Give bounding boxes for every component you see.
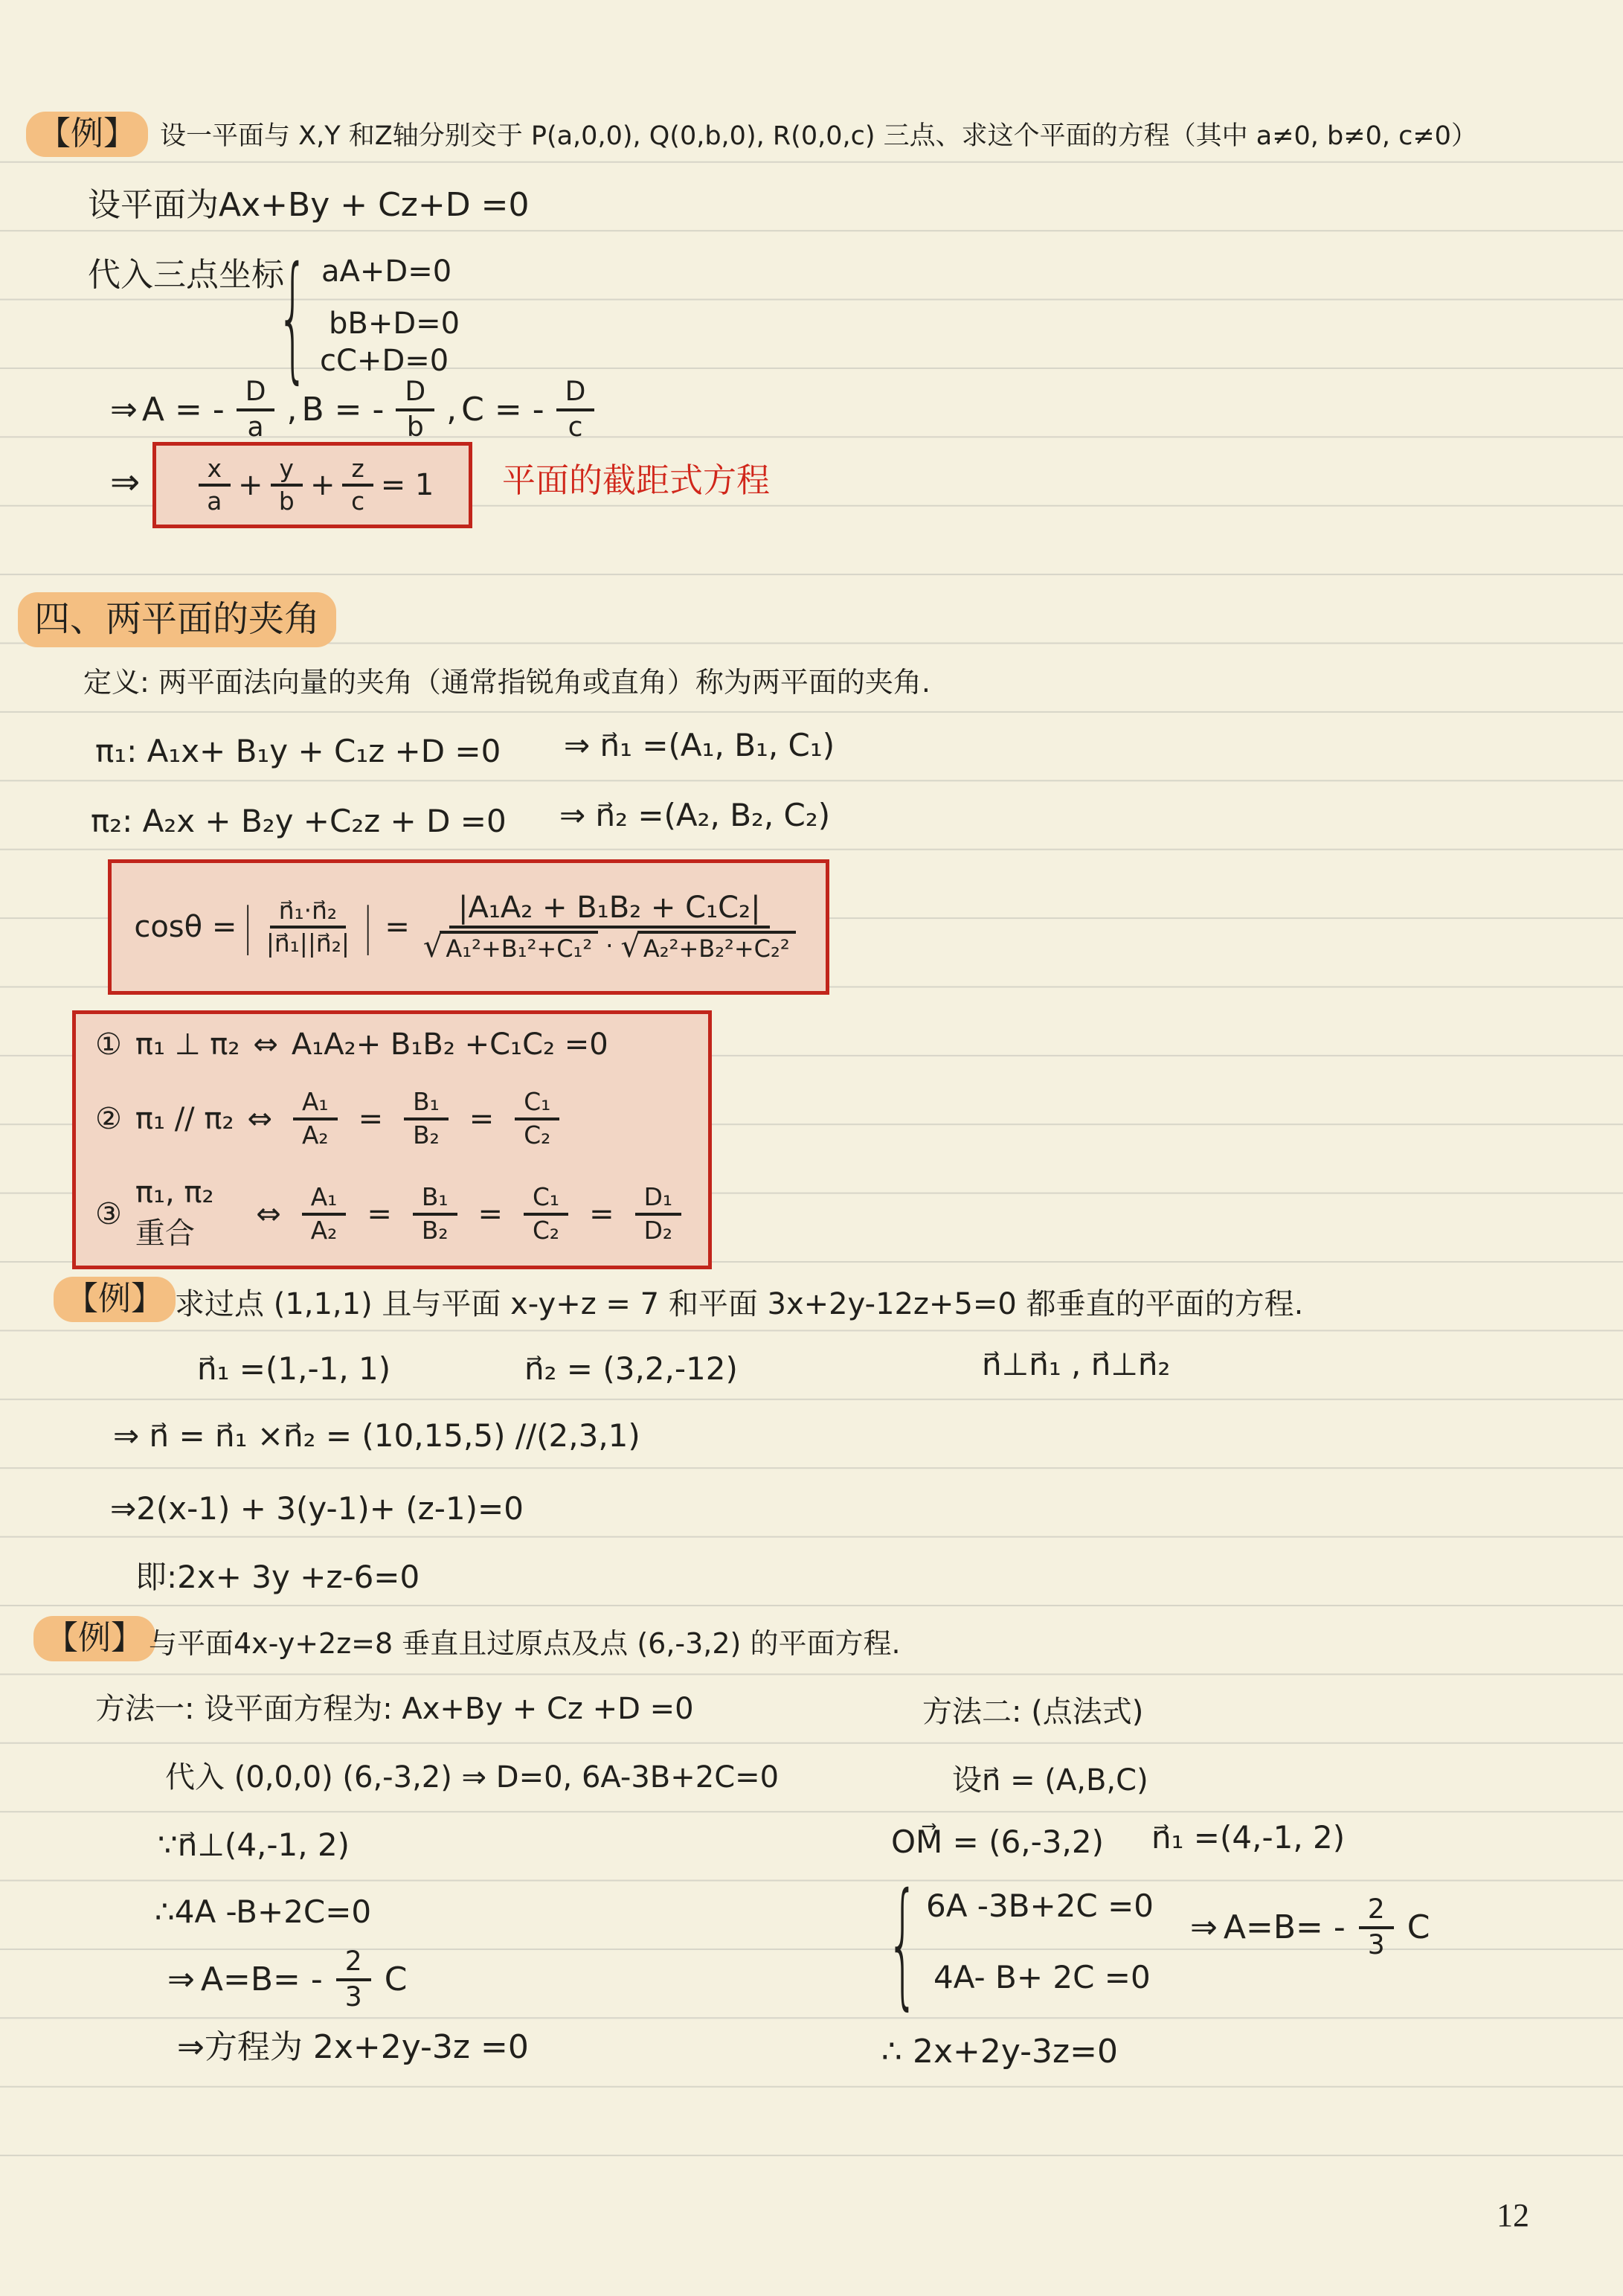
fraction-D-c: Dc xyxy=(556,378,595,442)
example1-eq1: aA+D=0 xyxy=(321,253,451,290)
example3-problem: 与平面4x-y+2z=8 垂直且过原点及点 (6,-3,2) 的平面方程. xyxy=(149,1626,901,1662)
plane1-equation: π₁: A₁x+ B₁y + C₁z +D =0 xyxy=(95,732,501,772)
sol-rhs: C xyxy=(1407,1908,1430,1946)
condition-coincident: ③ π₁, π₂ 重合 ⇔ A₁A₂ = B₁B₂ = C₁C₂ = D₁D₂ xyxy=(95,1176,689,1252)
fraction-A1-A2: A₁A₂ xyxy=(302,1184,347,1243)
equals: = xyxy=(589,1197,614,1231)
fraction-z-c: zc xyxy=(342,456,373,515)
intercept-equation-box: xa + yb + zc = 1 xyxy=(152,442,472,528)
plane1-normal: ⇒ n⃗₁ =(A₁, B₁, C₁) xyxy=(564,726,835,766)
relation: π₁ ⊥ π₂ xyxy=(135,1027,240,1062)
fraction-x-a: xa xyxy=(199,456,231,515)
example2-n1: n⃗₁ =(1,-1, 1) xyxy=(197,1350,391,1389)
sol-b-lhs: B = - xyxy=(301,391,384,429)
example2-n2: n⃗₂ = (3,2,-12) xyxy=(524,1350,738,1389)
method2-setup: 设n⃗ = (A,B,C) xyxy=(952,1762,1148,1799)
cos-big-fraction: |A₁A₂ + B₁B₂ + C₁C₂| √A₁²+B₁²+C₁² · √A₂²… xyxy=(423,892,796,962)
example1-tag: 【例】 xyxy=(26,112,148,157)
fraction-2-3: 23 xyxy=(336,1948,371,2012)
section4-definition: 定义: 两平面法向量的夹角（通常指锐角或直角）称为两平面的夹角. xyxy=(83,665,931,701)
sol-c-lhs: C = - xyxy=(461,391,544,429)
method2-n1-vector: n⃗₁ =(4,-1, 2) xyxy=(1151,1818,1345,1858)
system-brace: { xyxy=(277,251,309,388)
comma: , xyxy=(446,391,457,429)
fraction-D1-D2: D₁D₂ xyxy=(635,1184,681,1243)
intercept-form-annotation: 平面的截距式方程 xyxy=(502,460,770,501)
implies-arrow: ⇒ xyxy=(1190,1908,1218,1946)
bottom-margin xyxy=(0,2158,1623,2296)
iff-arrow: ⇔ xyxy=(247,1102,272,1136)
fraction-A1-A2: A₁A₂ xyxy=(293,1089,338,1148)
plane2-equation: π₂: A₂x + B₂y +C₂z + D =0 xyxy=(91,802,507,841)
method1-perpendicular: ∵n⃗⊥(4,-1, 2) xyxy=(158,1826,350,1865)
example2-problem: 求过点 (1,1,1) 且与平面 x-y+z = 7 和平面 3x+2y-12z… xyxy=(175,1286,1303,1323)
method2-system-eq2: 4A- B+ 2C =0 xyxy=(933,1958,1151,1998)
sqrt-term-2: √A₂²+B₂²+C₂² xyxy=(620,931,795,962)
page-number: 12 xyxy=(1497,2196,1529,2234)
cos-denominator: √A₁²+B₁²+C₁² · √A₂²+B₂²+C₂² xyxy=(423,929,796,962)
comma: , xyxy=(286,391,297,429)
sol-a-lhs: A = - xyxy=(142,391,225,429)
cos-lhs: cosθ = xyxy=(134,910,237,944)
sol-rhs: C xyxy=(385,1960,408,1998)
method1-result: ⇒方程为 2x+2y-3z =0 xyxy=(177,2027,529,2068)
example1-assume: 设平面为Ax+By + Cz+D =0 xyxy=(88,185,529,225)
fraction-C1-C2: C₁C₂ xyxy=(515,1089,559,1148)
equals: = xyxy=(478,1197,504,1231)
example2-expanded: ⇒2(x-1) + 3(y-1)+ (z-1)=0 xyxy=(110,1489,524,1529)
method2-result: ∴ 2x+2y-3z=0 xyxy=(881,2031,1118,2072)
implies-arrow: ⇒ xyxy=(167,1960,195,1998)
fraction-C1-C2: C₁C₂ xyxy=(524,1184,568,1243)
plane-relations-box: ① π₁ ⊥ π₂ ⇔ A₁A₂+ B₁B₂ +C₁C₂ =0 ② π₁ // … xyxy=(72,1010,712,1269)
fraction-B1-B2: B₁B₂ xyxy=(404,1089,449,1148)
example2-result: 即:2x+ 3y +z-6=0 xyxy=(135,1558,420,1597)
abs-bar: | xyxy=(363,898,373,956)
fraction-D-a: Da xyxy=(237,378,275,442)
example1-substitute-label: 代入三点坐标 xyxy=(88,254,284,295)
system-brace: { xyxy=(887,1878,919,2015)
normal-dot-fraction: n⃗₁·n⃗₂|n⃗₁||n⃗₂| xyxy=(266,898,350,957)
plane2-normal: ⇒ n⃗₂ =(A₂, B₂, C₂) xyxy=(559,796,830,836)
section4-title: 四、两平面的夹角 xyxy=(18,592,336,647)
abs-bar: | xyxy=(242,898,252,956)
sqrt-term-1: √A₁²+B₁²+C₁² xyxy=(423,931,598,962)
equals: = xyxy=(385,910,410,944)
example2-tag: 【例】 xyxy=(54,1277,176,1322)
equals: = xyxy=(359,1102,384,1136)
example1-eq2: bB+D=0 xyxy=(329,305,460,342)
plus: + xyxy=(238,468,263,502)
example1-solution-row: ⇒ A = - Da , B = - Db , C = - Dc xyxy=(110,378,602,442)
method2-header: 方法二: (点法式) xyxy=(922,1693,1143,1731)
iff-arrow: ⇔ xyxy=(256,1197,281,1231)
method2-solution: ⇒ A=B= - 23 C xyxy=(1190,1896,1430,1960)
relation: π₁, π₂ 重合 xyxy=(135,1176,242,1252)
notebook-page: 【例】 设一平面与 X,Y 和Z轴分别交于 P(a,0,0), Q(0,b,0)… xyxy=(0,0,1623,2296)
implies-arrow: ⇒ xyxy=(110,391,138,429)
cos-numerator: |A₁A₂ + B₁B₂ + C₁C₂| xyxy=(449,892,770,929)
sol-lhs: A=B= - xyxy=(1224,1908,1346,1946)
example2-perpendicular: n⃗⊥n⃗₁ , n⃗⊥n⃗₂ xyxy=(982,1345,1170,1385)
fraction-D-b: Db xyxy=(396,378,434,442)
method1-solution: ⇒ A=B= - 23 C xyxy=(167,1948,407,2012)
method1-header: 方法一: 设平面方程为: Ax+By + Cz +D =0 xyxy=(95,1690,694,1728)
implies-arrow: ⇒ xyxy=(110,460,140,504)
method2-system-eq1: 6A -3B+2C =0 xyxy=(926,1887,1154,1926)
equals: = xyxy=(367,1197,392,1231)
equals-one: = 1 xyxy=(381,468,434,502)
equals: = xyxy=(469,1102,495,1136)
method2-OM-vector: OM⃗ = (6,-3,2) xyxy=(891,1823,1104,1862)
condition-rhs: A₁A₂+ B₁B₂ +C₁C₂ =0 xyxy=(292,1027,608,1062)
item-number: ③ xyxy=(95,1197,122,1231)
relation: π₁ // π₂ xyxy=(135,1102,234,1136)
fraction-B1-B2: B₁B₂ xyxy=(413,1184,457,1243)
fraction-2-3: 23 xyxy=(1359,1896,1394,1960)
condition-parallel: ② π₁ // π₂ ⇔ A₁A₂ = B₁B₂ = C₁C₂ xyxy=(95,1089,567,1148)
method1-equation: ∴4A -B+2C=0 xyxy=(155,1893,371,1932)
sol-lhs: A=B= - xyxy=(201,1960,323,1998)
item-number: ① xyxy=(95,1027,122,1062)
item-number: ② xyxy=(95,1102,122,1136)
dot-operator: · xyxy=(605,934,613,959)
example2-cross-product: ⇒ n⃗ = n⃗₁ ×n⃗₂ = (10,15,5) //(2,3,1) xyxy=(113,1417,640,1456)
cos-angle-formula-box: cosθ = | n⃗₁·n⃗₂|n⃗₁||n⃗₂| | = |A₁A₂ + B… xyxy=(108,859,829,995)
method1-substitution: 代入 (0,0,0) (6,-3,2) ⇒ D=0, 6A-3B+2C=0 xyxy=(165,1759,779,1796)
example1-eq3: cC+D=0 xyxy=(320,342,449,379)
fraction-y-b: yb xyxy=(271,456,303,515)
example3-tag: 【例】 xyxy=(33,1616,155,1661)
condition-perpendicular: ① π₁ ⊥ π₂ ⇔ A₁A₂+ B₁B₂ +C₁C₂ =0 xyxy=(95,1027,608,1062)
iff-arrow: ⇔ xyxy=(253,1027,278,1062)
plus: + xyxy=(310,468,335,502)
example1-problem: 设一平面与 X,Y 和Z轴分别交于 P(a,0,0), Q(0,b,0), R(… xyxy=(160,121,1477,153)
